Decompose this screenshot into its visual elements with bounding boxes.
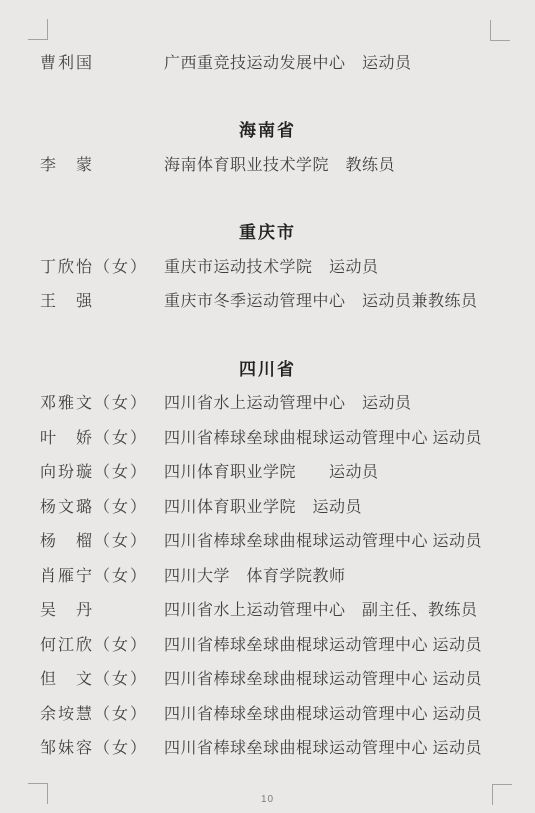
person-name: 丁欣怡（女） (40, 254, 164, 277)
person-org-role: 四川省棒球垒球曲棍球运动管理中心 运动员 (164, 701, 482, 724)
person-org-role: 海南体育职业技术学院 教练员 (164, 152, 395, 175)
person-org-role: 广西重竞技运动发展中心 运动员 (164, 50, 412, 73)
entry-row: 丁欣怡（女） 重庆市运动技术学院 运动员 (0, 248, 535, 283)
person-org-role: 四川大学 体育学院教师 (164, 563, 346, 586)
entry-row: 叶 娇（女） 四川省棒球垒球曲棍球运动管理中心 运动员 (0, 419, 535, 454)
person-name: 向玢璇（女） (40, 459, 164, 482)
person-name: 吴 丹 (40, 597, 164, 620)
person-name: 何江欣（女） (40, 632, 164, 655)
entry-row: 何江欣（女） 四川省棒球垒球曲棍球运动管理中心 运动员 (0, 626, 535, 661)
person-name: 但 文（女） (40, 666, 164, 689)
document-page: 曹利国 广西重竞技运动发展中心 运动员 海南省 李 蒙 海南体育职业技术学院 教… (0, 0, 535, 813)
entry-row: 曹利国 广西重竞技运动发展中心 运动员 (0, 44, 535, 79)
margin-mark-top-right (490, 20, 510, 41)
person-name: 邹妹容（女） (40, 735, 164, 758)
person-org-role: 重庆市运动技术学院 运动员 (164, 254, 379, 277)
entry-row: 向玢璇（女） 四川体育职业学院 运动员 (0, 454, 535, 489)
person-name: 李 蒙 (40, 152, 164, 175)
person-name: 肖雁宁（女） (40, 563, 164, 586)
person-name: 叶 娇（女） (40, 425, 164, 448)
page-number: 10 (0, 794, 535, 805)
person-name: 王 强 (40, 288, 164, 311)
person-org-role: 四川省棒球垒球曲棍球运动管理中心 运动员 (164, 632, 482, 655)
section-title-chongqing: 重庆市 (0, 214, 535, 249)
person-org-role: 四川省棒球垒球曲棍球运动管理中心 运动员 (164, 528, 482, 551)
section-title-sichuan: 四川省 (0, 350, 535, 385)
person-org-role: 重庆市冬季运动管理中心 运动员兼教练员 (164, 288, 478, 311)
margin-mark-top-left (28, 19, 48, 40)
entry-row: 李 蒙 海南体育职业技术学院 教练员 (0, 146, 535, 181)
entry-row: 邓雅文（女） 四川省水上运动管理中心 运动员 (0, 385, 535, 420)
person-name: 杨文璐（女） (40, 494, 164, 517)
person-org-role: 四川省棒球垒球曲棍球运动管理中心 运动员 (164, 425, 482, 448)
person-name: 曹利国 (40, 50, 164, 73)
entry-row: 但 文（女） 四川省棒球垒球曲棍球运动管理中心 运动员 (0, 661, 535, 696)
entry-row: 杨文璐（女） 四川体育职业学院 运动员 (0, 488, 535, 523)
person-name: 邓雅文（女） (40, 390, 164, 413)
section-title-hainan: 海南省 (0, 112, 535, 147)
person-org-role: 四川省水上运动管理中心 运动员 (164, 390, 412, 413)
entry-row: 余垵慧（女） 四川省棒球垒球曲棍球运动管理中心 运动员 (0, 695, 535, 730)
entry-row: 吴 丹 四川省水上运动管理中心 副主任、教练员 (0, 592, 535, 627)
person-org-role: 四川省棒球垒球曲棍球运动管理中心 运动员 (164, 666, 482, 689)
entry-row: 杨 榴（女） 四川省棒球垒球曲棍球运动管理中心 运动员 (0, 523, 535, 558)
entry-row: 王 强 重庆市冬季运动管理中心 运动员兼教练员 (0, 283, 535, 318)
person-name: 杨 榴（女） (40, 528, 164, 551)
person-org-role: 四川省棒球垒球曲棍球运动管理中心 运动员 (164, 735, 482, 758)
person-name: 余垵慧（女） (40, 701, 164, 724)
person-org-role: 四川省水上运动管理中心 副主任、教练员 (164, 597, 478, 620)
entry-row: 肖雁宁（女） 四川大学 体育学院教师 (0, 557, 535, 592)
entry-row: 邹妹容（女） 四川省棒球垒球曲棍球运动管理中心 运动员 (0, 730, 535, 765)
person-org-role: 四川体育职业学院 运动员 (164, 494, 362, 517)
document-body: 曹利国 广西重竞技运动发展中心 运动员 海南省 李 蒙 海南体育职业技术学院 教… (0, 44, 535, 764)
person-org-role: 四川体育职业学院 运动员 (164, 459, 379, 482)
